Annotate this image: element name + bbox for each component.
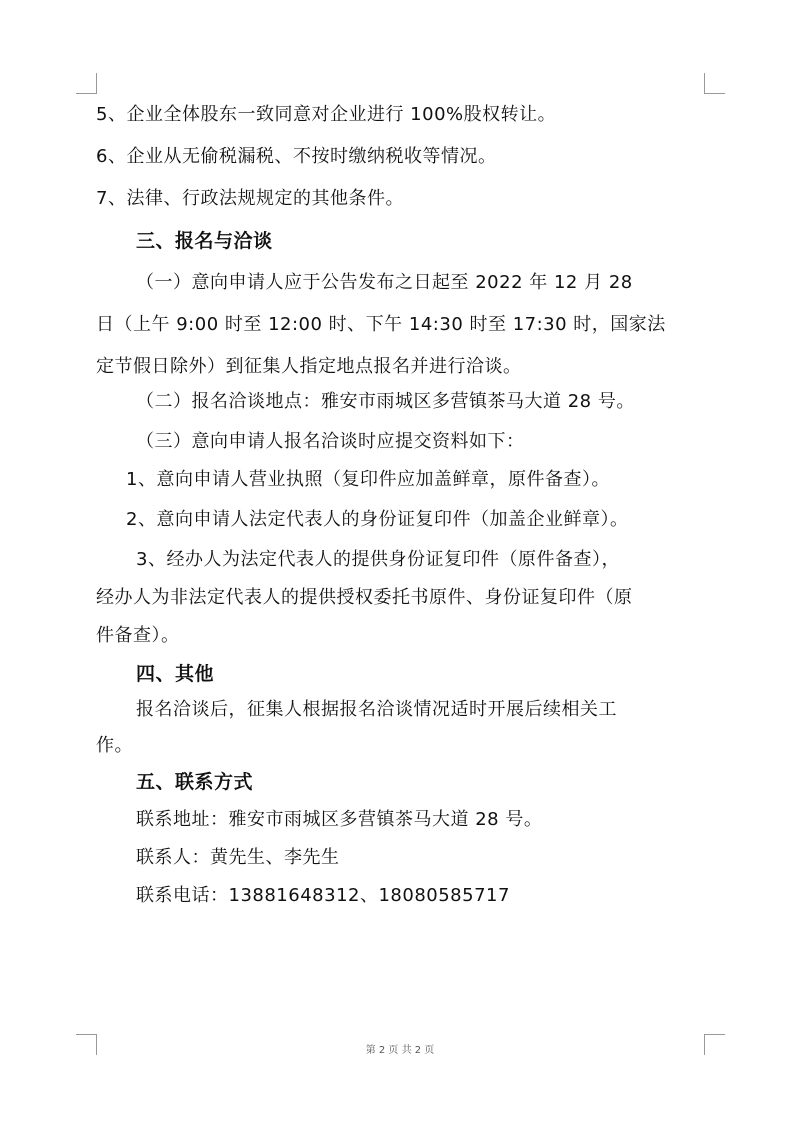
paragraph-line: 7、法律、行政法规规定的其他条件。: [96, 187, 404, 211]
margin-corner-top-right: [704, 73, 725, 94]
paragraph-line: 经办人为非法定代表人的提供授权委托书原件、身份证复印件（原: [96, 586, 633, 610]
section-heading: 五、联系方式: [136, 770, 253, 794]
paragraph-line: 6、企业从无偷税漏税、不按时缴纳税收等情况。: [96, 145, 496, 169]
paragraph-line: 5、企业全体股东一致同意对企业进行 100%股权转让。: [96, 103, 556, 127]
paragraph-line: 联系人：黄先生、李先生: [136, 846, 340, 870]
paragraph-line: 联系电话：13881648312、18080585717: [136, 884, 510, 908]
paragraph-line: （一）意向申请人应于公告发布之日起至 2022 年 12 月 28: [136, 271, 633, 295]
section-heading: 四、其他: [136, 662, 214, 686]
page-number-footer: 第 2 页 共 2 页: [0, 1041, 800, 1056]
paragraph-line: 日（上午 9:00 时至 12:00 时、下午 14:30 时至 17:30 时…: [96, 313, 666, 337]
paragraph-line: 定节假日除外）到征集人指定地点报名并进行洽谈。: [96, 355, 522, 379]
paragraph-line: 3、经办人为法定代表人的提供身份证复印件（原件备查），: [136, 548, 620, 572]
paragraph-line: 1、意向申请人营业执照（复印件应加盖鲜章，原件备查）。: [126, 468, 610, 492]
paragraph-line: （二）报名洽谈地点：雅安市雨城区多营镇茶马大道 28 号。: [136, 390, 635, 414]
paragraph-line: 2、意向申请人法定代表人的身份证复印件（加盖企业鲜章）。: [126, 508, 628, 532]
margin-corner-top-left: [76, 73, 97, 94]
section-heading: 三、报名与洽谈: [136, 229, 273, 253]
paragraph-line: 件备查）。: [96, 624, 180, 648]
paragraph-line: （三）意向申请人报名洽谈时应提交资料如下：: [136, 430, 525, 454]
paragraph-line: 联系地址：雅安市雨城区多营镇茶马大道 28 号。: [136, 808, 542, 832]
paragraph-line: 报名洽谈后，征集人根据报名洽谈情况适时开展后续相关工: [136, 698, 617, 722]
paragraph-line: 作。: [96, 734, 133, 758]
